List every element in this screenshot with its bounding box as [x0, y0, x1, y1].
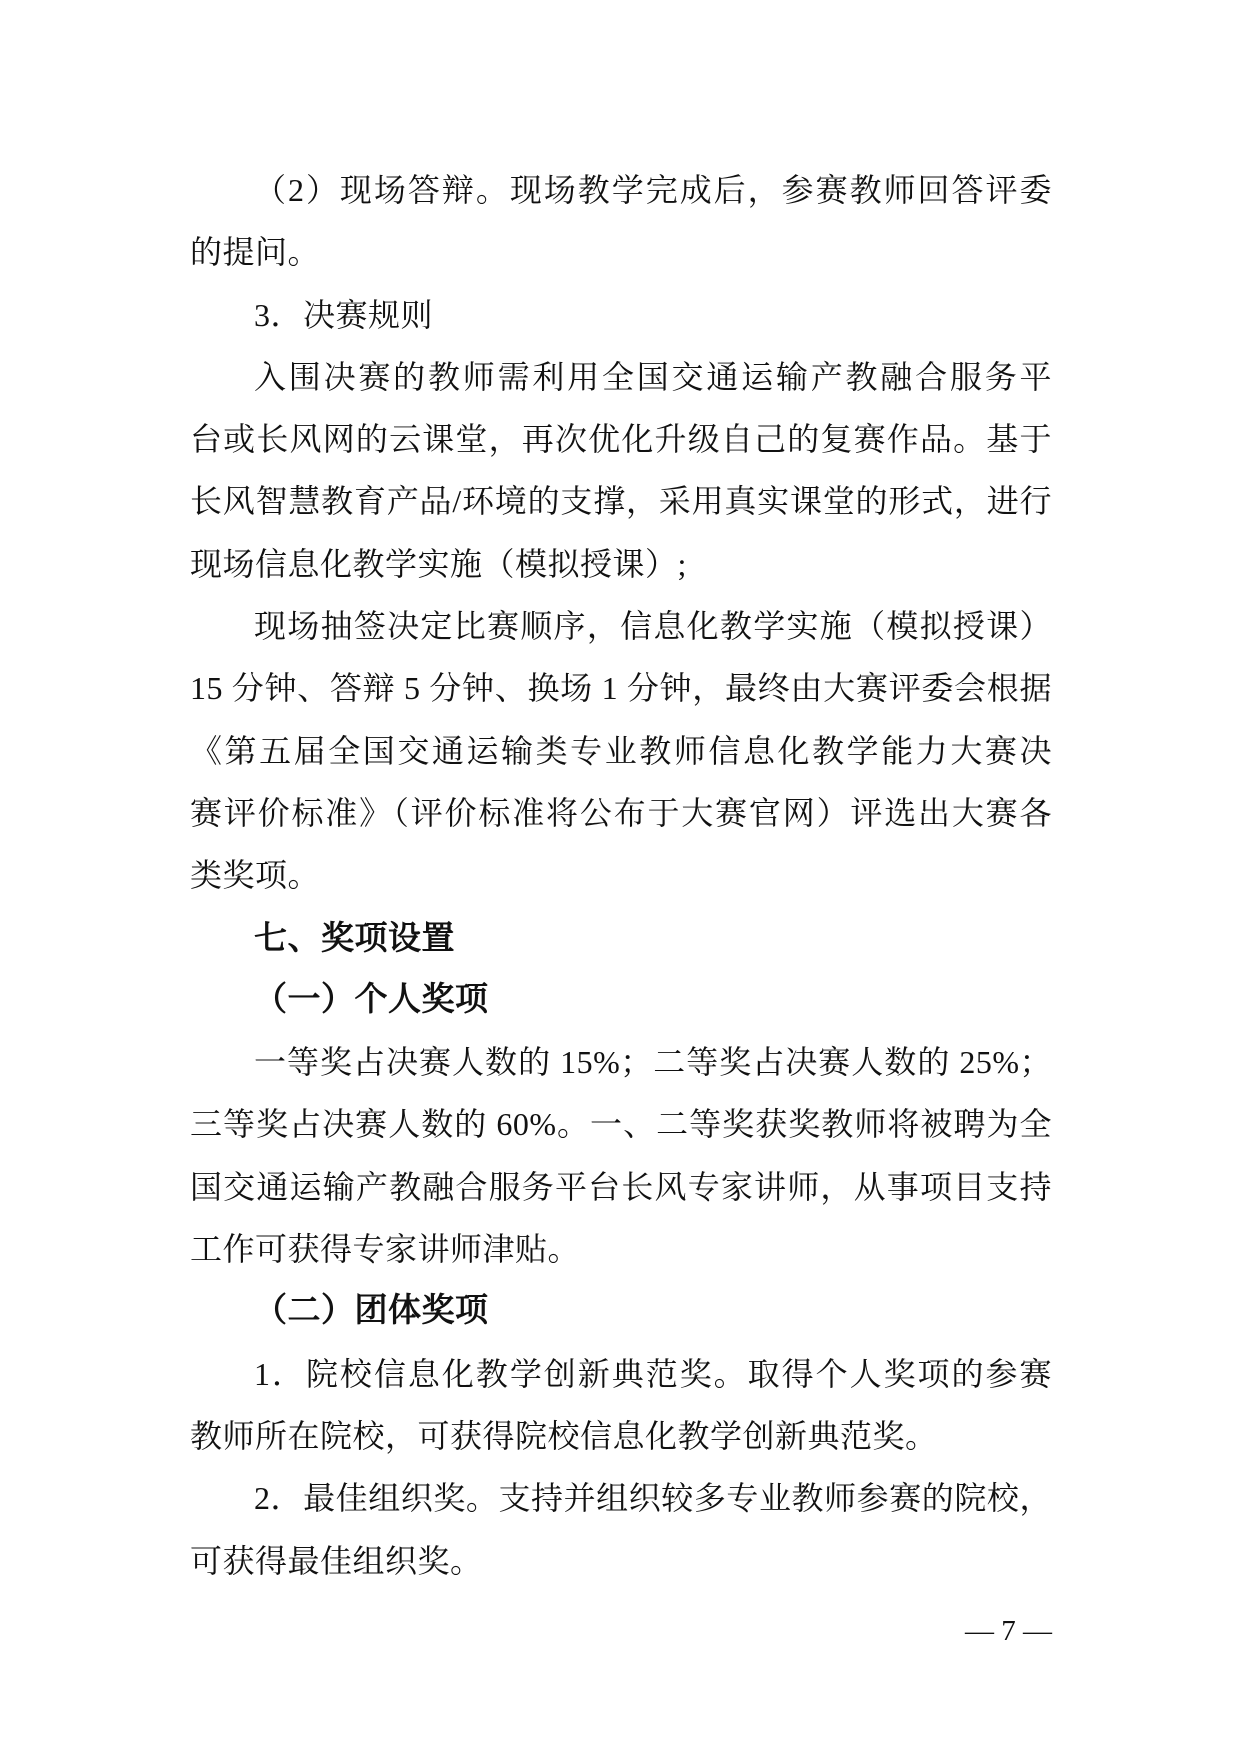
text-line-13: 七、奖项设置 [190, 907, 1052, 969]
text-line-1: （2）现场答辩。现场教学完成后，参赛教师回答评委 [190, 159, 1052, 221]
text-line-21: 教师所在院校，可获得院校信息化教学创新典范奖。 [190, 1405, 1052, 1467]
text-line-10: 《第五届全国交通运输类专业教师信息化教学能力大赛决 [190, 720, 1052, 782]
text-line-12: 类奖项。 [190, 844, 1052, 906]
text-line-19: （二）团体奖项 [190, 1280, 1052, 1342]
text-line-23: 可获得最佳组织奖。 [190, 1530, 1052, 1592]
text-line-20: 1．院校信息化教学创新典范奖。取得个人奖项的参赛 [190, 1343, 1052, 1405]
text-line-5: 台或长风网的云课堂，再次优化升级自己的复赛作品。基于 [190, 408, 1052, 470]
document-body: （2）现场答辩。现场教学完成后，参赛教师回答评委的提问。3．决赛规则入围决赛的教… [190, 159, 1052, 1592]
text-line-6: 长风智慧教育产品/环境的支撑，采用真实课堂的形式，进行 [190, 470, 1052, 532]
text-line-9: 15 分钟、答辩 5 分钟、换场 1 分钟，最终由大赛评委会根据 [190, 657, 1052, 719]
text-line-3: 3．决赛规则 [190, 284, 1052, 346]
text-line-11: 赛评价标准》（评价标准将公布于大赛官网）评选出大赛各 [190, 782, 1052, 844]
text-line-4: 入围决赛的教师需利用全国交通运输产教融合服务平 [190, 346, 1052, 408]
text-line-17: 国交通运输产教融合服务平台长风专家讲师，从事项目支持 [190, 1156, 1052, 1218]
text-line-22: 2．最佳组织奖。支持并组织较多专业教师参赛的院校， [190, 1467, 1052, 1529]
text-line-14: （一）个人奖项 [190, 969, 1052, 1031]
text-line-7: 现场信息化教学实施（模拟授课）; [190, 533, 1052, 595]
text-line-8: 现场抽签决定比赛顺序，信息化教学实施（模拟授课） [190, 595, 1052, 657]
text-line-2: 的提问。 [190, 221, 1052, 283]
document-page: （2）现场答辩。现场教学完成后，参赛教师回答评委的提问。3．决赛规则入围决赛的教… [0, 0, 1241, 1754]
text-line-15: 一等奖占决赛人数的 15%；二等奖占决赛人数的 25%； [190, 1031, 1052, 1093]
text-line-18: 工作可获得专家讲师津贴。 [190, 1218, 1052, 1280]
page-number: — 7 — [190, 1606, 1052, 1656]
text-line-16: 三等奖占决赛人数的 60%。一、二等奖获奖教师将被聘为全 [190, 1093, 1052, 1155]
